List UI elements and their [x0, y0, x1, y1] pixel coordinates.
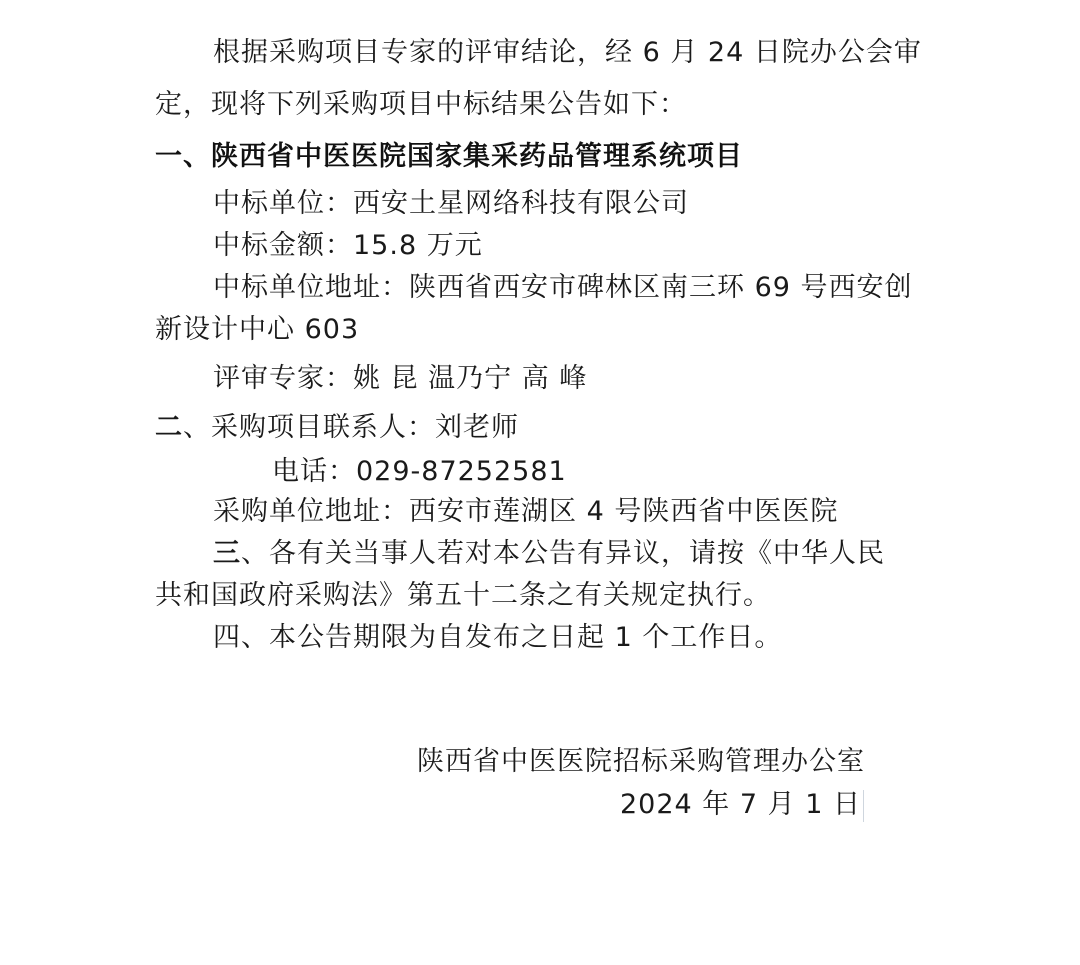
- experts-label: 评审专家：: [213, 363, 353, 394]
- intro-line-1: 根据采购项目专家的评审结论，经 6 月 24 日院办公会审: [213, 36, 922, 70]
- org-address-label: 采购单位地址：: [213, 496, 409, 527]
- winner-label: 中标单位：: [213, 188, 353, 219]
- experts-value: 姚 昆 温乃宁 高 峰: [353, 363, 587, 394]
- experts-row: 评审专家：姚 昆 温乃宁 高 峰: [213, 362, 587, 396]
- org-address-row: 采购单位地址：西安市莲湖区 4 号陕西省中医医院: [213, 495, 838, 529]
- text-cursor: [863, 790, 864, 822]
- section-1-number: 一、: [155, 141, 211, 172]
- contact-value: 刘老师: [435, 412, 519, 443]
- intro-line-2: 定，现将下列采购项目中标结果公告如下：: [155, 88, 687, 122]
- winner-address-value-2: 新设计中心 603: [155, 313, 359, 347]
- section-3-number: 三: [213, 538, 241, 569]
- amount-row: 中标金额：15.8 万元: [213, 229, 483, 263]
- phone-label: 电话：: [272, 456, 356, 487]
- section-3-text-1: 、各有关当事人若对本公告有异议，请按《中华人民: [241, 538, 885, 569]
- winner-address-row: 中标单位地址：陕西省西安市碑林区南三环 69 号西安创: [213, 271, 913, 305]
- phone-value: 029-87252581: [356, 456, 567, 487]
- amount-value: 15.8 万元: [353, 230, 483, 261]
- phone-row: 电话：029-87252581: [272, 455, 567, 489]
- section-2-number: 二: [155, 412, 183, 443]
- amount-label: 中标金额：: [213, 230, 353, 261]
- signature-date: 2024 年 7 月 1 日: [620, 789, 861, 820]
- section-4-line: 四、本公告期限为自发布之日起 1 个工作日。: [213, 621, 782, 655]
- contact-label: 、采购项目联系人：: [183, 412, 435, 443]
- winner-address-label: 中标单位地址：: [213, 272, 409, 303]
- org-address-value: 西安市莲湖区 4 号陕西省中医医院: [409, 496, 838, 527]
- winner-row: 中标单位：西安土星网络科技有限公司: [213, 187, 689, 221]
- signature-organization: 陕西省中医医院招标采购管理办公室: [417, 745, 865, 779]
- winner-value: 西安土星网络科技有限公司: [353, 188, 689, 219]
- section-1-heading: 一、陕西省中医医院国家集采药品管理系统项目: [155, 140, 743, 174]
- winner-address-value-1: 陕西省西安市碑林区南三环 69 号西安创: [409, 272, 913, 303]
- signature-date-row[interactable]: 2024 年 7 月 1 日: [620, 788, 864, 822]
- contact-row: 二、采购项目联系人：刘老师: [155, 411, 519, 445]
- section-3-line-1: 三、各有关当事人若对本公告有异议，请按《中华人民: [213, 537, 885, 571]
- section-3-line-2: 共和国政府采购法》第五十二条之有关规定执行。: [155, 579, 771, 613]
- section-1-title: 陕西省中医医院国家集采药品管理系统项目: [211, 141, 743, 172]
